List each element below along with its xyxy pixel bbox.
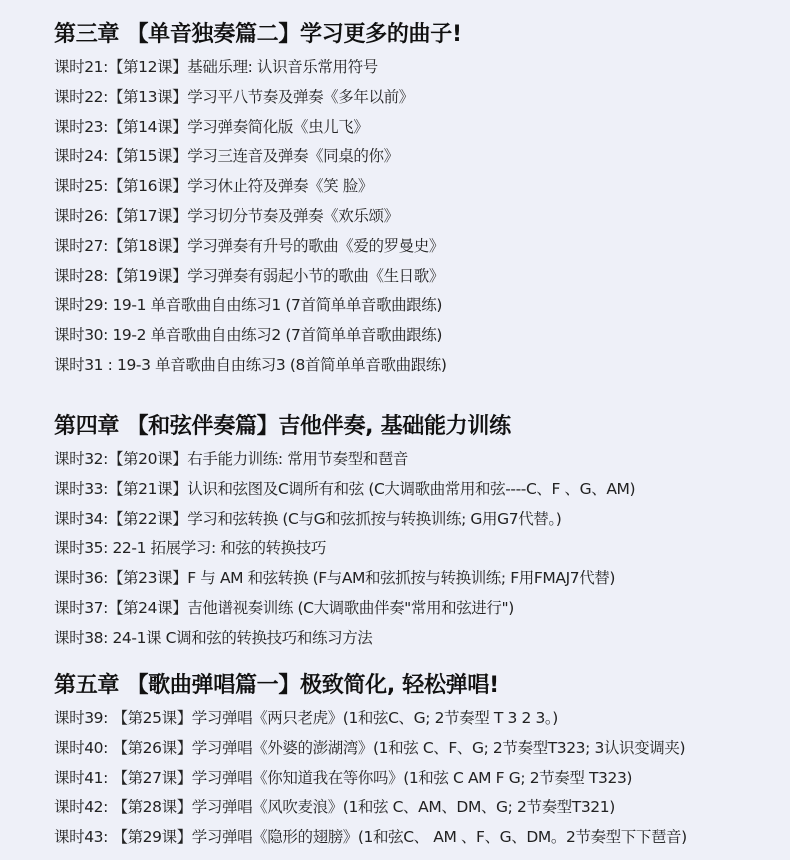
lesson-item: 课时23:【第14课】学习弹奏简化版《虫儿飞》 — [54, 113, 790, 143]
lesson-item: 课时26:【第17课】学习切分节奏及弹奏《欢乐颂》 — [54, 202, 790, 232]
lesson-item: 课时31 : 19-3 单音歌曲自由练习3 (8首简单单音歌曲跟练) — [54, 351, 790, 381]
lesson-item: 课时39: 【第25课】学习弹唱《两只老虎》(1和弦C、G; 2节奏型 T 3 … — [54, 704, 790, 734]
lesson-item: 课时30: 19-2 单音歌曲自由练习2 (7首简单单音歌曲跟练) — [54, 321, 790, 351]
lesson-item: 课时22:【第13课】学习平八节奏及弹奏《多年以前》 — [54, 83, 790, 113]
lesson-item: 课时35: 22-1 拓展学习: 和弦的转换技巧 — [54, 534, 790, 564]
lesson-list: 课时39: 【第25课】学习弹唱《两只老虎》(1和弦C、G; 2节奏型 T 3 … — [54, 704, 790, 853]
lesson-item: 课时36:【第23课】F 与 AM 和弦转换 (F与AM和弦抓按与转换训练; F… — [54, 564, 790, 594]
lesson-list: 课时21:【第12课】基础乐理: 认识音乐常用符号 课时22:【第13课】学习平… — [54, 53, 790, 381]
chapter-title: 第四章 【和弦伴奏篇】吉他伴奏, 基础能力训练 — [54, 410, 790, 444]
chapter-4: 第四章 【和弦伴奏篇】吉他伴奏, 基础能力训练 课时32:【第20课】右手能力训… — [54, 410, 790, 654]
lesson-item: 课时38: 24-1课 C调和弦的转换技巧和练习方法 — [54, 624, 790, 654]
chapter-title: 第三章 【单音独奏篇二】学习更多的曲子! — [54, 18, 790, 52]
lesson-item: 课时43: 【第29课】学习弹唱《隐形的翅膀》(1和弦C、 AM 、F、G、DM… — [54, 823, 790, 853]
lesson-item: 课时21:【第12课】基础乐理: 认识音乐常用符号 — [54, 53, 790, 83]
lesson-item: 课时41: 【第27课】学习弹唱《你知道我在等你吗》(1和弦 C AM F G;… — [54, 764, 790, 794]
lesson-item: 课时29: 19-1 单音歌曲自由练习1 (7首简单单音歌曲跟练) — [54, 291, 790, 321]
lesson-item: 课时42: 【第28课】学习弹唱《风吹麦浪》(1和弦 C、AM、DM、G; 2节… — [54, 793, 790, 823]
chapter-5: 第五章 【歌曲弹唱篇一】极致简化, 轻松弹唱! 课时39: 【第25课】学习弹唱… — [54, 669, 790, 853]
lesson-item: 课时37:【第24课】吉他谱视奏训练 (C大调歌曲伴奏"常用和弦进行") — [54, 594, 790, 624]
lesson-item: 课时33:【第21课】认识和弦图及C调所有和弦 (C大调歌曲常用和弦----C、… — [54, 475, 790, 505]
chapter-title: 第五章 【歌曲弹唱篇一】极致简化, 轻松弹唱! — [54, 669, 790, 703]
lesson-item: 课时24:【第15课】学习三连音及弹奏《同桌的你》 — [54, 142, 790, 172]
lesson-item: 课时32:【第20课】右手能力训练: 常用节奏型和琶音 — [54, 445, 790, 475]
lesson-item: 课时27:【第18课】学习弹奏有升号的歌曲《爱的罗曼史》 — [54, 232, 790, 262]
lesson-item: 课时34:【第22课】学习和弦转换 (C与G和弦抓按与转换训练; G用G7代替。… — [54, 505, 790, 535]
chapter-3: 第三章 【单音独奏篇二】学习更多的曲子! 课时21:【第12课】基础乐理: 认识… — [54, 18, 790, 381]
lesson-item: 课时40: 【第26课】学习弹唱《外婆的澎湖湾》(1和弦 C、F、G; 2节奏型… — [54, 734, 790, 764]
lesson-list: 课时32:【第20课】右手能力训练: 常用节奏型和琶音 课时33:【第21课】认… — [54, 445, 790, 654]
lesson-item: 课时28:【第19课】学习弹奏有弱起小节的歌曲《生日歌》 — [54, 262, 790, 292]
lesson-item: 课时25:【第16课】学习休止符及弹奏《笑 脸》 — [54, 172, 790, 202]
